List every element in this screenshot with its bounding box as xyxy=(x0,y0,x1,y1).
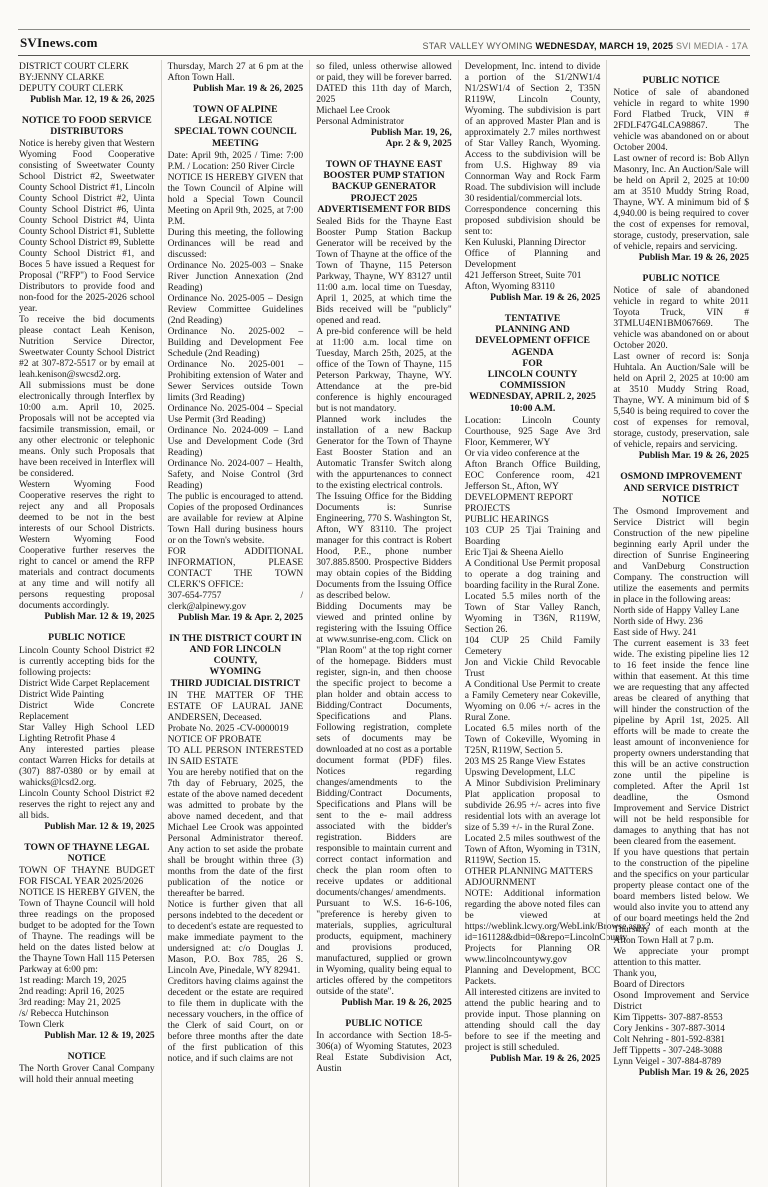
notice-paragraph: The Osmond Improvement and Service Distr… xyxy=(613,507,749,606)
notice-line: 1st reading: March 19, 2025 xyxy=(19,976,155,987)
notice-paragraph: Notice is further given that all persons… xyxy=(168,900,304,977)
notice-paragraph: The public is encouraged to attend. Copi… xyxy=(168,492,304,547)
notice-paragraph: Lincoln County School District #2 reserv… xyxy=(19,789,155,822)
notice-line: Kim Tippetts- 307-887-8553 xyxy=(613,1013,749,1024)
notice-paragraph: In accordance with Section 18-5-306(a) o… xyxy=(316,1031,452,1075)
notice-line: District Wide Painting xyxy=(19,690,155,701)
publish-line: Publish Mar. 19 & 26, 2025 xyxy=(613,253,749,264)
notice-paragraph: Ordinance No. 2024-007 – Health, Safety,… xyxy=(168,459,304,492)
notice-paragraph: We appreciate your prompt attention to t… xyxy=(613,947,749,969)
notice-heading: PUBLIC NOTICE xyxy=(316,1018,452,1029)
notice-line: Ken Kuluski, Planning Director xyxy=(465,238,601,249)
issue-line: STAR VALLEY WYOMING WEDNESDAY, MARCH 19,… xyxy=(423,41,748,51)
notice-paragraph: 307-654-7757 / clerk@alpinewy.gov xyxy=(168,591,304,613)
notice-line: NOTICE OF PROBATE xyxy=(168,735,304,746)
publish-line: Publish Mar. 19, 26, Apr. 2 & 9, 2025 xyxy=(316,128,452,150)
notice-paragraph: Ordinance No. 2025-002 – Building and De… xyxy=(168,327,304,360)
notice-paragraph: The Issuing Office for the Bidding Docum… xyxy=(316,492,452,602)
notice-paragraph: Located 2.5 miles southwest of the Town … xyxy=(465,834,601,867)
notice-paragraph: Jon and Vickie Child Revocable Trust xyxy=(465,658,601,680)
notice-line: Colt Nehring - 801-592-8381 xyxy=(613,1035,749,1046)
publish-line: Publish Mar. 19 & 26, 2025 xyxy=(168,84,304,95)
notice-paragraph: Creditors having claims against the dece… xyxy=(168,977,304,1065)
notice-heading: TOWN OF ALPINE LEGAL NOTICE SPECIAL TOWN… xyxy=(168,104,304,149)
publish-line: Publish Mar. 19 & Apr. 2, 2025 xyxy=(168,613,304,624)
column-1: DISTRICT COURT CLERKBY:JENNY CLARKEDEPUT… xyxy=(18,60,161,1187)
notice-line: Lynn Veigel - 307-884-8789 xyxy=(613,1057,749,1068)
masthead: SVInews.com STAR VALLEY WYOMING WEDNESDA… xyxy=(18,29,750,56)
notice-paragraph: Office of Planning and Development xyxy=(465,249,601,271)
notice-line: 421 Jefferson Street, Suite 701 xyxy=(465,271,601,282)
publish-line: Publish Mar. 19 & 26, 2025 xyxy=(613,451,749,462)
notice-paragraph: Projects for Planning OR www.lincolncoun… xyxy=(465,944,601,988)
notice-paragraph: TOWN OF THAYNE BUDGET FOR FISCAL YEAR 20… xyxy=(19,866,155,888)
notice-paragraph: Last owner of record is: Bob Allyn Mason… xyxy=(613,154,749,253)
notice-paragraph: Last owner of record is: Sonja Huhtala. … xyxy=(613,352,749,451)
notice-paragraph: Star Valley High School LED Lighting Ret… xyxy=(19,723,155,745)
publish-line: Publish Mar. 12 & 19, 2025 xyxy=(19,822,155,833)
notice-paragraph: Correspondence concerning this proposed … xyxy=(465,205,601,238)
notice-paragraph: You are hereby notified that on the 7th … xyxy=(168,768,304,900)
notice-heading: NOTICE TO FOOD SERVICE DISTRIBUTORS xyxy=(19,115,155,137)
notice-line: OTHER PLANNING MATTERS xyxy=(465,867,601,878)
notice-heading: PUBLIC NOTICE xyxy=(613,75,749,86)
notice-paragraph: Osond Improvement and Service District xyxy=(613,991,749,1013)
notice-line: DEPUTY COURT CLERK xyxy=(19,84,155,95)
notice-heading: IN THE DISTRICT COURT IN AND FOR LINCOLN… xyxy=(168,633,304,689)
notice-line: Upswing Development, LLC xyxy=(465,768,601,779)
notice-paragraph: Afton Branch Office Building, EOC Confer… xyxy=(465,460,601,493)
notice-paragraph: District Wide Concrete Replacement xyxy=(19,701,155,723)
notice-paragraph: The North Grover Canal Company will hold… xyxy=(19,1064,155,1086)
publish-line: Publish Mar. 19 & 26, 2025 xyxy=(465,1054,601,1065)
notice-line: North side of Happy Valley Lane xyxy=(613,606,749,617)
notice-line: District Wide Carpet Replacement xyxy=(19,679,155,690)
notice-heading: PUBLIC NOTICE xyxy=(19,632,155,643)
notice-paragraph: A pre-bid conference will be held at 11:… xyxy=(316,327,452,415)
notice-paragraph: Date: April 9th, 2025 / Time: 7:00 P.M. … xyxy=(168,151,304,173)
column-4: Development, Inc. intend to divide a por… xyxy=(458,60,607,1187)
notice-paragraph: Lincoln County School District #2 is cur… xyxy=(19,646,155,679)
notice-paragraph: All interested citizens are invited to a… xyxy=(465,988,601,1054)
notice-paragraph: Ordinance No. 2025-005 – Design Review C… xyxy=(168,294,304,327)
issue-date: WEDNESDAY, MARCH 19, 2025 xyxy=(536,41,674,51)
issue-location: STAR VALLEY WYOMING xyxy=(423,41,536,51)
notice-paragraph: To receive the bid documents please cont… xyxy=(19,315,155,381)
notice-paragraph: 103 CUP 25 Tjai Training and Boarding xyxy=(465,526,601,548)
issue-edition: SVI MEDIA - 17A xyxy=(673,41,748,51)
notice-paragraph: A Minor Subdivision Preliminary Plat app… xyxy=(465,779,601,834)
notice-line: ADJOURNMENT xyxy=(465,878,601,889)
publish-line: Publish Mar. 12 & 19, 2025 xyxy=(19,612,155,623)
publish-line: Publish Mar. 12, 19 & 26, 2025 xyxy=(19,95,155,106)
notice-paragraph: 104 CUP 25 Child Family Cemetery xyxy=(465,636,601,658)
notice-line: 203 MS 25 Range View Estates xyxy=(465,757,601,768)
notice-paragraph: All submissions must be done electronica… xyxy=(19,381,155,480)
notice-paragraph: Notice is hereby given that Western Wyom… xyxy=(19,139,155,315)
notice-paragraph: Thursday, March 27 at 6 pm at the Afton … xyxy=(168,62,304,84)
notice-line: Eric Tjai & Sheena Aiello xyxy=(465,548,601,559)
notice-paragraph: NOTE: Additional information regarding t… xyxy=(465,889,601,944)
notice-line: Michael Lee Crook xyxy=(316,106,452,117)
notice-paragraph: Western Wyoming Food Cooperative reserve… xyxy=(19,480,155,612)
notice-line: PROJECTS xyxy=(465,504,601,515)
notice-line: East side of Hwy. 241 xyxy=(613,628,749,639)
notice-columns: DISTRICT COURT CLERKBY:JENNY CLARKEDEPUT… xyxy=(18,60,750,1187)
column-3: so filed, unless otherwise allowed or pa… xyxy=(309,60,458,1187)
notice-paragraph: If you have questions that pertain to th… xyxy=(613,848,749,947)
notice-paragraph: During this meeting, the following Ordin… xyxy=(168,228,304,261)
notice-line: 2nd reading: April 16, 2025 xyxy=(19,987,155,998)
publish-line: Publish Mar. 19 & 26, 2025 xyxy=(465,293,601,304)
notice-paragraph: Located 5.5 miles north of the Town of S… xyxy=(465,592,601,636)
notice-line: Personal Administrator xyxy=(316,117,452,128)
publish-line: Publish Mar. 12 & 19, 2025 xyxy=(19,1031,155,1042)
notice-heading: TOWN OF THAYNE EAST BOOSTER PUMP STATION… xyxy=(316,159,452,215)
notice-paragraph: Notice of sale of abandoned vehicle in r… xyxy=(613,286,749,352)
column-5: PUBLIC NOTICENotice of sale of abandoned… xyxy=(606,60,750,1187)
notice-line: Or via video conference at the xyxy=(465,449,601,460)
notice-paragraph: Development, Inc. intend to divide a por… xyxy=(465,62,601,205)
notice-paragraph: Sealed Bids for the Thayne East Booster … xyxy=(316,217,452,327)
notice-paragraph: TO ALL PERSON INTERESTED IN SAID ESTATE xyxy=(168,746,304,768)
notice-paragraph: A Conditional Use Permit proposal to ope… xyxy=(465,559,601,592)
notice-paragraph: IN THE MATTER OF THE ESTATE OF LAURAL JA… xyxy=(168,691,304,724)
notice-paragraph: FOR ADDITIONAL INFORMATION, PLEASE CONTA… xyxy=(168,547,304,591)
notice-line: Probate No. 2025 -CV-0000019 xyxy=(168,724,304,735)
notice-paragraph: A Conditional Use Permit to create a Fam… xyxy=(465,680,601,724)
notice-paragraph: Planned work includes the installation o… xyxy=(316,415,452,492)
notice-paragraph: Any interested parties please contact Wa… xyxy=(19,745,155,789)
notice-paragraph: Notice of sale of abandoned vehicle in r… xyxy=(613,88,749,154)
notice-line: Jeff Tippetts - 307-248-3088 xyxy=(613,1046,749,1057)
notice-heading: PUBLIC NOTICE xyxy=(613,273,749,284)
notice-heading: OSMOND IMPROVEMENT AND SERVICE DISTRICT … xyxy=(613,471,749,505)
notice-line: DISTRICT COURT CLERK xyxy=(19,62,155,73)
notice-paragraph: Ordinance No. 2024-009 – Land Use and De… xyxy=(168,426,304,459)
notice-line: 3rd reading: May 21, 2025 xyxy=(19,998,155,1009)
publish-line: Publish Mar. 19 & 26, 2025 xyxy=(613,1068,749,1079)
notice-heading: TENTATIVE PLANNING AND DEVELOPMENT OFFIC… xyxy=(465,313,601,414)
notice-paragraph: Ordinance No. 2025-001 – Prohibiting ext… xyxy=(168,360,304,404)
site-title: SVInews.com xyxy=(20,35,98,51)
notice-paragraph: so filed, unless otherwise allowed or pa… xyxy=(316,62,452,106)
notice-line: BY:JENNY CLARKE xyxy=(19,73,155,84)
notice-paragraph: Pursuant to W.S. 16-6-106, "preference i… xyxy=(316,899,452,998)
notice-heading: TOWN OF THAYNE LEGAL NOTICE xyxy=(19,842,155,864)
notice-paragraph: The current easement is 33 feet wide. Th… xyxy=(613,639,749,848)
notice-paragraph: Ordinance No. 2025-003 – Snake River Jun… xyxy=(168,261,304,294)
notice-paragraph: NOTICE IS HEREBY GIVEN that the Town Cou… xyxy=(168,173,304,228)
column-2: Thursday, March 27 at 6 pm at the Afton … xyxy=(161,60,310,1187)
publish-line: Publish Mar. 19 & 26, 2025 xyxy=(316,998,452,1009)
notice-line: DEVELOPMENT REPORT xyxy=(465,493,601,504)
notice-line: Cory Jenkins - 307-887-3014 xyxy=(613,1024,749,1035)
notice-paragraph: Located 6.5 miles north of the Town of C… xyxy=(465,724,601,757)
notice-paragraph: Bidding Documents may be viewed and prin… xyxy=(316,602,452,899)
notice-line: North side of Hwy. 236 xyxy=(613,617,749,628)
newspaper-page: SVInews.com STAR VALLEY WYOMING WEDNESDA… xyxy=(0,29,768,1187)
notice-line: Board of Directors xyxy=(613,980,749,991)
notice-line: /s/ Rebecca Hutchinson xyxy=(19,1009,155,1020)
notice-paragraph: Ordinance No. 2025-004 – Special Use Per… xyxy=(168,404,304,426)
notice-line: Afton, Wyoming 83110 xyxy=(465,282,601,293)
notice-paragraph: Location: Lincoln County Courthouse, 925… xyxy=(465,416,601,449)
notice-line: Town Clerk xyxy=(19,1020,155,1031)
notice-paragraph: NOTICE IS HEREBY GIVEN, the Town of Thay… xyxy=(19,888,155,976)
notice-line: Thank you, xyxy=(613,969,749,980)
notice-line: PUBLIC HEARINGS xyxy=(465,515,601,526)
notice-heading: NOTICE xyxy=(19,1051,155,1062)
